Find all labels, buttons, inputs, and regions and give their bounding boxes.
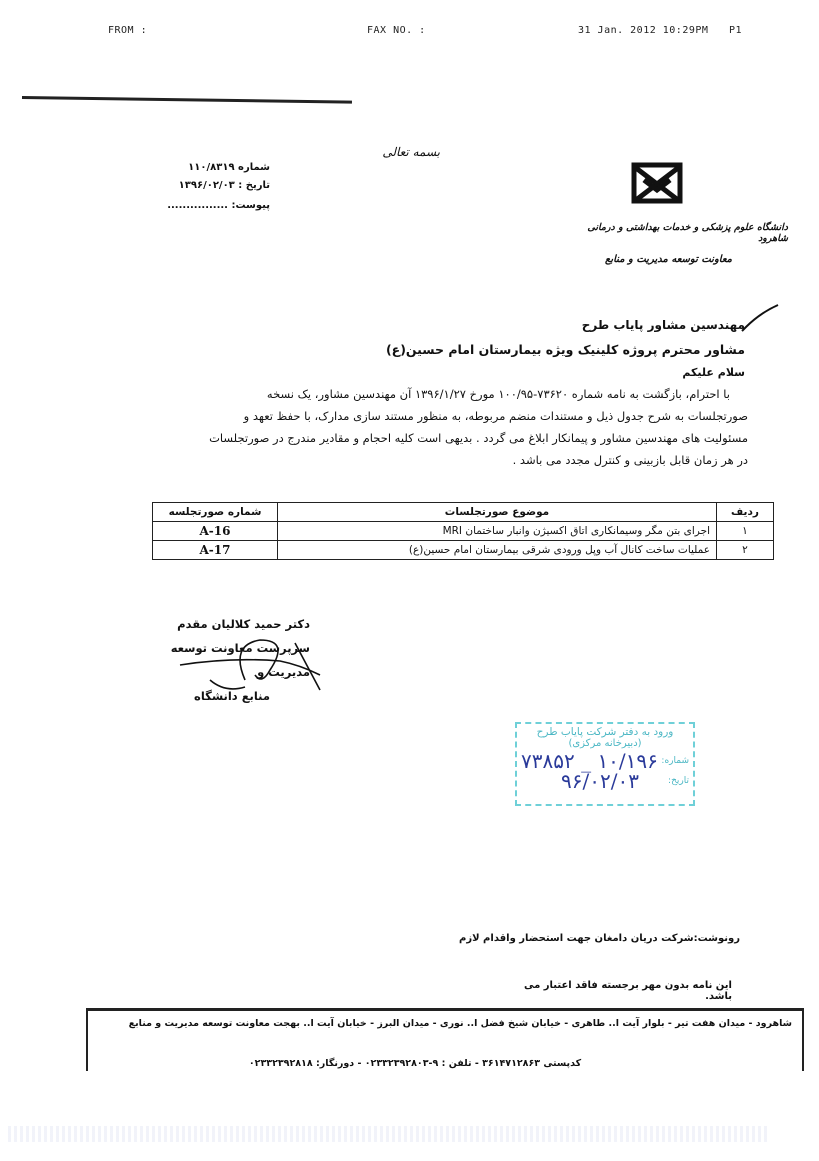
row-minutes-number: A-17 (153, 541, 278, 560)
university-name: دانشگاه علوم پزشکی و خدمات بهداشتی و درم… (560, 222, 788, 244)
attachment-row: پیوست: ................ (150, 200, 270, 211)
header-minutes-number: شماره صورتجلسه (153, 503, 278, 522)
invocation-text: بسمه تعالی (380, 145, 440, 159)
recipient-title: مشاور محترم پروژه کلینیک ویژه بیمارستان … (300, 342, 745, 357)
table-row: ۲ عملیات ساخت کانال آب وپل ورودی شرقی بی… (153, 541, 774, 560)
letter-date-row: تاریخ : ۱۳۹۶/۰۲/۰۳ (150, 180, 270, 191)
letter-number-row: شماره ۱۱۰/۸۳۱۹ (150, 162, 270, 173)
table-row: ۱ اجرای بتن مگر وسیمانکاری اتاق اکسیژن و… (153, 522, 774, 541)
letter-date-label: تاریخ : (238, 180, 270, 191)
row-minutes-number: A-16 (153, 522, 278, 541)
letter-number-value: ۱۱۰/۸۳۱۹ (188, 162, 234, 173)
stamp-subtitle: (دبیرخانه مرکزی) (521, 738, 689, 749)
header-row-number: ردیف (717, 503, 774, 522)
received-stamp: ورود به دفتر شرکت پایاب طرح (دبیرخانه مر… (515, 722, 695, 806)
table-header-row: ردیف موضوع صورتجلسات شماره صورتجلسه (153, 503, 774, 522)
header-subject: موضوع صورتجلسات (278, 503, 717, 522)
body-line-4: در هر زمان قابل بازبینی و کنترل مجدد می … (110, 449, 748, 471)
attachment-value: ................ (167, 200, 228, 211)
row-subject: عملیات ساخت کانال آب وپل ورودی شرقی بیما… (278, 541, 717, 560)
stamp-date-label: تاریخ: (668, 776, 689, 786)
body-line-2: صورتجلسات به شرح جدول ذیل و مستندات منضم… (110, 405, 748, 427)
scan-noise-band (8, 1126, 768, 1142)
row-subject: اجرای بتن مگر وسیمانکاری اتاق اکسیژن وان… (278, 522, 717, 541)
greeting: سلام علیکم (500, 366, 745, 379)
fax-page-number: P1 (729, 25, 742, 36)
validity-notice: این نامه بدون مهر برجسته فاقد اعتبار می … (500, 980, 732, 1002)
check-mark-icon (740, 303, 780, 337)
university-logo-icon (628, 160, 686, 210)
letter-date-value: ۱۳۹۶/۰۲/۰۳ (179, 180, 235, 191)
row-number: ۱ (717, 522, 774, 541)
footer-address: شاهرود - میدان هفت تیر - بلوار آیت ا.. ط… (92, 1018, 792, 1029)
letter-body: با احترام، بازگشت به نامه شماره ۷۳۶۲۰-۱۰… (110, 383, 748, 471)
body-line-1: با احترام، بازگشت به نامه شماره ۷۳۶۲۰-۱۰… (110, 383, 748, 405)
cc-line: رونوشت:شرکت دریان دامغان جهت استحضار واق… (440, 933, 740, 944)
fax-timestamp: 31 Jan. 2012 10:29PM (578, 25, 708, 36)
signature-scribble-icon (170, 625, 330, 699)
stamp-number-label: شماره: (661, 756, 689, 766)
row-number: ۲ (717, 541, 774, 560)
footer-contact: کدپستی ۳۶۱۴۷۱۲۸۶۳ - تلفن : ۹-۰۲۳۳۲۳۹۲۸۰۳… (240, 1058, 590, 1069)
minutes-table: ردیف موضوع صورتجلسات شماره صورتجلسه ۱ اج… (152, 502, 774, 560)
body-line-3: مسئولیت های مهندسین مشاور و پیمانکار ابل… (110, 427, 748, 449)
fax-number-label: FAX NO. : (367, 25, 426, 36)
stamp-title: ورود به دفتر شرکت پایاب طرح (521, 726, 689, 738)
recipient-company: مهندسین مشاور پایاب طرح (400, 318, 745, 332)
scan-header-rule (22, 96, 352, 104)
fax-from-label: FROM : (108, 25, 147, 36)
letter-number-label: شماره (238, 162, 270, 173)
attachment-label: پیوست: (231, 200, 270, 211)
department-name: معاونت توسعه مدیریت و منابع (560, 254, 732, 265)
stamp-date-value: ۹۶/۰۲/۰۳ (561, 769, 639, 793)
